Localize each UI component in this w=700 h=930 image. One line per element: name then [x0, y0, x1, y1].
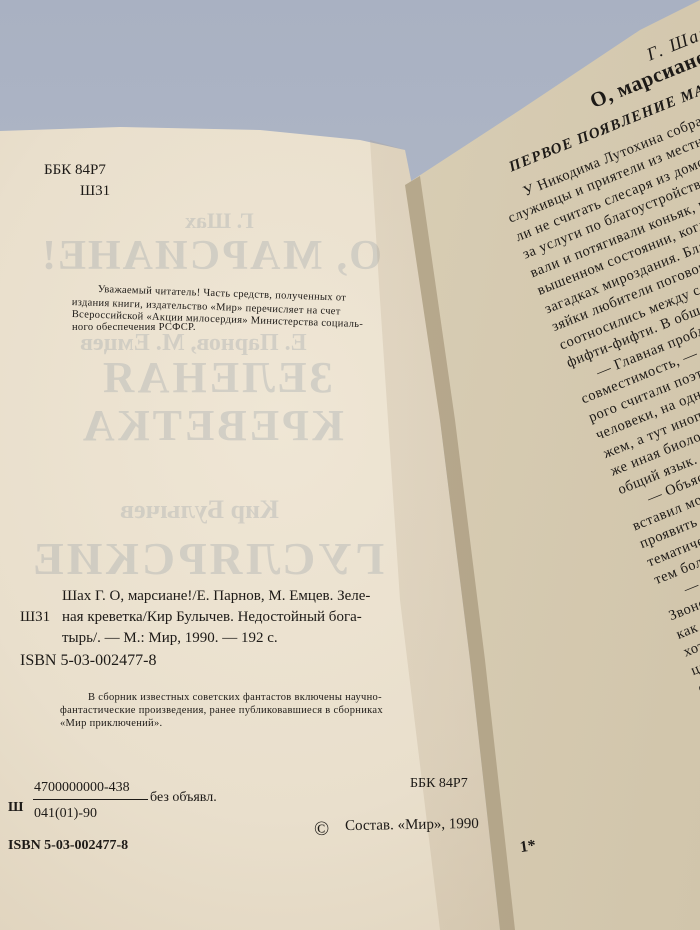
footer-bbk: ББК 84Р7 [410, 776, 468, 792]
fraction-line [33, 799, 148, 800]
annotation-line: В сборник известных советских фантастов … [88, 692, 382, 703]
footer-denominator: 041(01)-90 [34, 806, 97, 822]
catalog-code: Ш31 [20, 609, 50, 626]
footer-note: без объявл. [150, 790, 217, 806]
footer-letter: Ш [8, 800, 23, 816]
right-page-text: Г. Шах О, марсиане ПЕРВОЕ ПОЯВЛЕНИЕ МАРС… [468, 0, 700, 825]
bleed-title-3: КРЕВЕТКА [80, 400, 344, 451]
classification-code-top: Ш31 [80, 183, 110, 200]
notice-line: ного обеспечения РСФСР. [72, 322, 196, 333]
footer-numerator: 4700000000-438 [34, 780, 130, 796]
page-number: 1* [519, 837, 537, 857]
annotation-line: фантастические произведения, ранее публи… [60, 705, 383, 716]
catalog-line: тырь/. — М.: Мир, 1990. — 192 с. [62, 630, 278, 647]
bleed-title-2: ЗЕЛЕНАЯ [100, 352, 333, 403]
bbk-top: ББК 84Р7 [44, 162, 106, 179]
footer-isbn: ISBN 5-03-002477-8 [8, 838, 128, 854]
copyright-icon: © [314, 818, 329, 841]
bleed-title-4: ГУСЛЯРСКИЕ [30, 532, 384, 585]
bleed-author-3: Кир Булычев [120, 495, 279, 525]
bleed-author: Г. Шах [185, 208, 254, 234]
catalog-line: Шах Г. О, марсиане!/Е. Парнов, М. Емцев.… [62, 588, 370, 605]
footer-copyright: Состав. «Мир», 1990 [345, 816, 479, 835]
annotation-line: «Мир приключений». [60, 718, 162, 729]
bleed-title-1: О, МАРСИАНЕ! [40, 232, 382, 280]
isbn-main: ISBN 5-03-002477-8 [20, 652, 156, 670]
catalog-line: ная креветка/Кир Булычев. Недостойный бо… [62, 609, 362, 626]
